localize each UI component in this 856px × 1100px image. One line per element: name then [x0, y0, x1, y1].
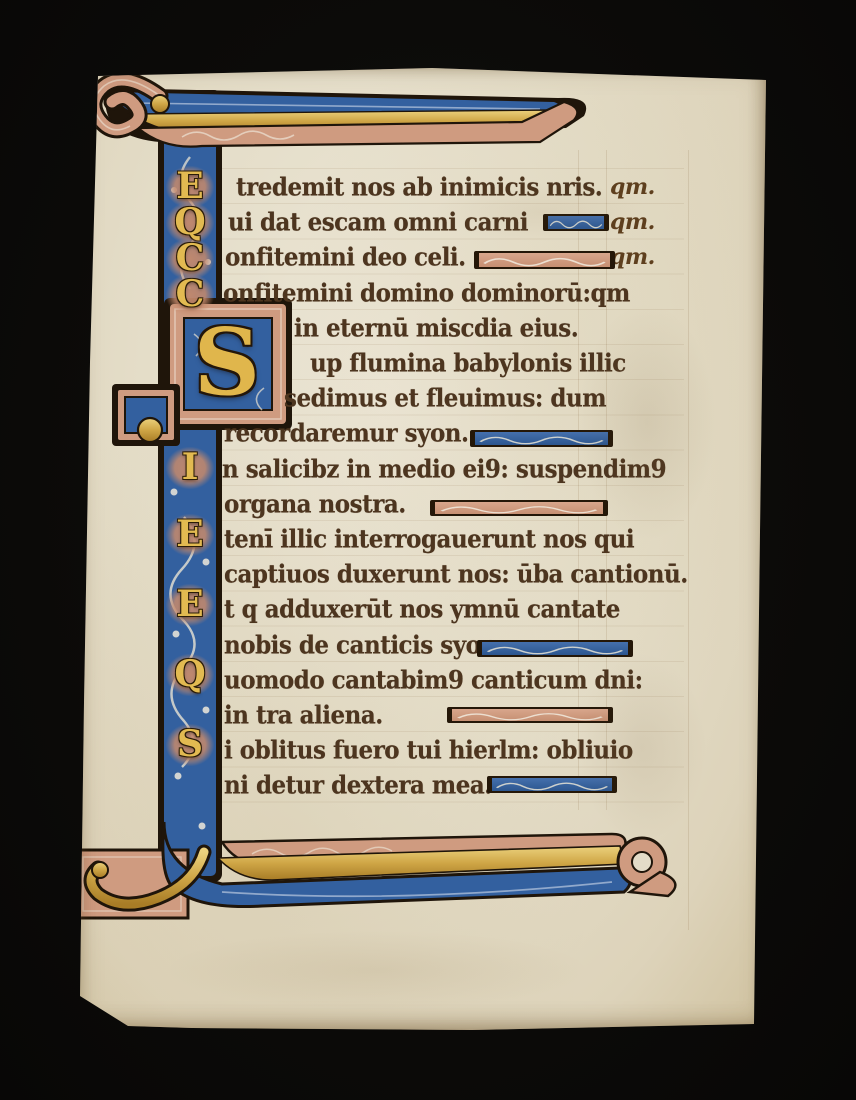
text-line: captiuos duxerunt nos: ūba cantionū.: [224, 561, 688, 588]
text-line: ui dat escam omni carni: [228, 209, 528, 236]
line-text: sedimus et fleuimus: dum: [284, 384, 606, 413]
illuminated-initial-s: S: [176, 308, 278, 420]
photo-black-backdrop: { "leaf": { "colors": { "background": "#…: [0, 0, 856, 1100]
cascade-letter: S: [166, 724, 214, 766]
line-text: onfitemini domino dominorū:qm: [223, 279, 630, 308]
bottom-bar: [76, 822, 675, 918]
line-text: organa nostra.: [224, 490, 406, 519]
line-text: n salicibz in medio ei9: suspendim9: [222, 455, 666, 484]
cascade-letter: I: [166, 447, 214, 489]
line-text: up flumina babylonis illic: [310, 349, 626, 378]
line-text: tredemit nos ab inimicis nris.: [236, 173, 602, 202]
line-filler-bar: [474, 251, 615, 269]
line-text: captiuos duxerunt nos: ūba cantionū.: [224, 560, 688, 589]
text-line: i oblitus fuero tui hierlm: obliuio: [224, 737, 633, 764]
text-line: n salicibz in medio ei9: suspendim9: [222, 456, 666, 483]
text-line: up flumina babylonis illic: [310, 350, 626, 377]
line-filler-bar: [470, 430, 613, 447]
text-line: tredemit nos ab inimicis nris.: [236, 174, 602, 201]
text-line: uomodo cantabim9 canticum dni:: [224, 667, 643, 694]
margin-abbreviation: qm.: [610, 209, 680, 235]
line-text: tenī illic interrogauerunt nos qui: [224, 525, 634, 554]
margin-abbreviation: qm.: [610, 244, 680, 270]
line-filler-bar: [430, 500, 608, 516]
line-filler-bar: [543, 214, 609, 231]
text-line: in eternū miscdia eius.: [294, 315, 578, 342]
line-text: onfitemini deo celi.: [225, 243, 466, 272]
line-text: in eternū miscdia eius.: [294, 314, 578, 343]
text-line: ni detur dextera mea.: [224, 772, 492, 799]
line-filler-bar: [487, 776, 617, 793]
cascade-letter: Q: [166, 654, 214, 696]
text-line: onfitemini domino dominorū:qm: [223, 280, 630, 307]
text-line: tenī illic interrogauerunt nos qui: [224, 526, 634, 553]
cascade-letter: E: [166, 584, 214, 626]
line-text: in tra aliena.: [224, 701, 383, 730]
text-line: onfitemini deo celi.: [225, 244, 466, 271]
margin-abbreviation: qm.: [610, 174, 680, 200]
line-filler-bar: [447, 707, 613, 723]
line-text: uomodo cantabim9 canticum dni:: [224, 666, 643, 695]
text-line: organa nostra.: [224, 491, 406, 518]
line-text: ni detur dextera mea.: [224, 771, 492, 800]
line-filler-bar: [477, 640, 633, 657]
manuscript-leaf: E Q C C I E E Q S S tredemit nos ab inim…: [72, 62, 772, 1037]
initial-side-tab: [112, 384, 180, 446]
line-text: recordaremur syon.: [224, 419, 469, 448]
top-bar: [105, 88, 586, 147]
line-text: i oblitus fuero tui hierlm: obliuio: [224, 736, 633, 765]
line-text: nobis de canticis syon:: [224, 631, 505, 660]
text-line: recordaremur syon.: [224, 420, 469, 447]
text-line: in tra aliena.: [224, 702, 383, 729]
line-text: ui dat escam omni carni: [228, 208, 528, 237]
line-text: t q adduxerūt nos ymnū cantate: [224, 595, 620, 624]
cascade-letter: E: [166, 514, 214, 556]
text-line: sedimus et fleuimus: dum: [284, 385, 606, 412]
text-line: nobis de canticis syon:: [224, 632, 505, 659]
text-line: t q adduxerūt nos ymnū cantate: [224, 596, 620, 623]
